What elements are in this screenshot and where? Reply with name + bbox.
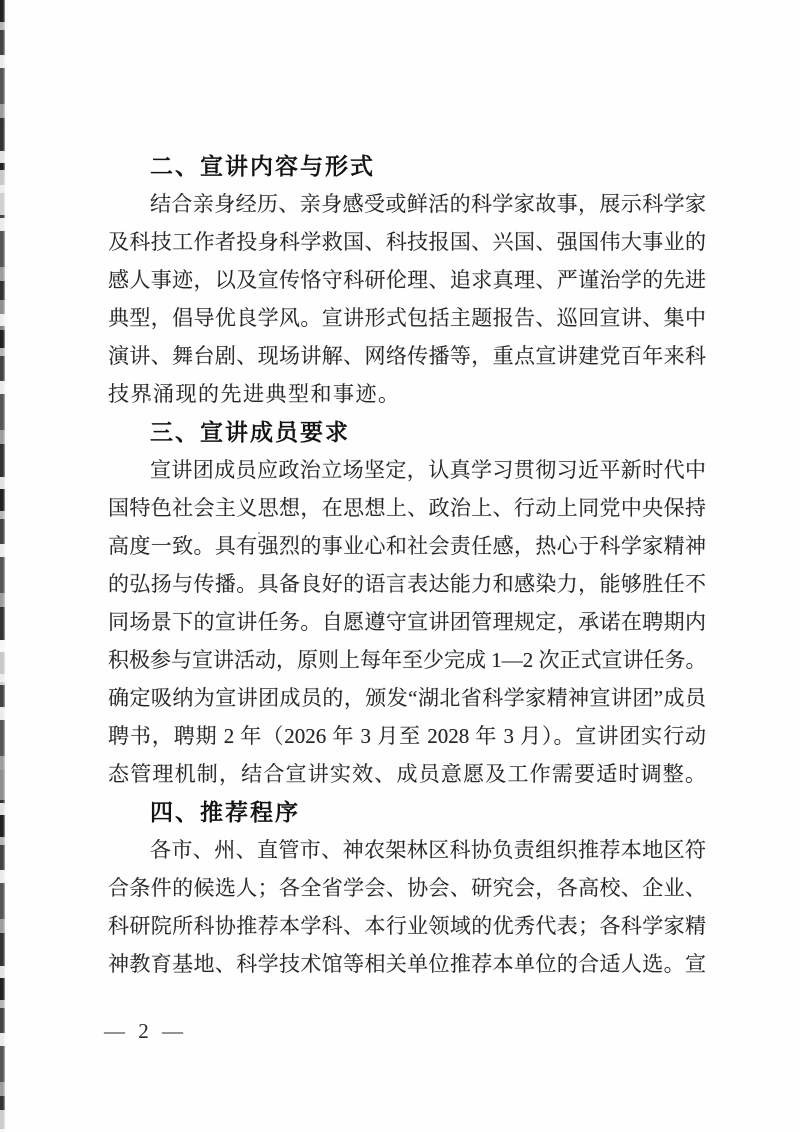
scanned-document-page: 二、宣讲内容与形式 结合亲身经历、亲身感受或鲜活的科学家故事，展示科学家 及科技… xyxy=(0,0,800,1132)
paragraph-line: 科研院所科协推荐本学科、本行业领域的优秀代表；各科学家精 xyxy=(108,907,706,945)
document-body: 二、宣讲内容与形式 结合亲身经历、亲身感受或鲜活的科学家故事，展示科学家 及科技… xyxy=(108,147,706,983)
paragraph-line: 技界涌现的先进典型和事迹。 xyxy=(108,375,706,413)
paragraph-line: 的弘扬与传播。具备良好的语言表达能力和感染力，能够胜任不 xyxy=(108,565,706,603)
paragraph-line: 神教育基地、科学技术馆等相关单位推荐本单位的合适人选。宣 xyxy=(108,945,706,983)
paragraph-line: 合条件的候选人；各全省学会、协会、研究会，各高校、企业、 xyxy=(108,869,706,907)
page-number: — 2 — xyxy=(104,1019,187,1044)
section-heading-3: 三、宣讲成员要求 xyxy=(108,413,706,451)
paragraph-line: 典型，倡导优良学风。宣讲形式包括主题报告、巡回宣讲、集中 xyxy=(108,299,706,337)
paragraph-line: 结合亲身经历、亲身感受或鲜活的科学家故事，展示科学家 xyxy=(108,185,706,223)
section-heading-2: 二、宣讲内容与形式 xyxy=(108,147,706,185)
paragraph-line: 高度一致。具有强烈的事业心和社会责任感，热心于科学家精神 xyxy=(108,527,706,565)
paragraph-line: 感人事迹，以及宣传恪守科研伦理、追求真理、严谨治学的先进 xyxy=(108,261,706,299)
scan-edge-artifact xyxy=(0,0,5,1132)
paragraph-line: 演讲、舞台剧、现场讲解、网络传播等，重点宣讲建党百年来科 xyxy=(108,337,706,375)
paragraph-line: 同场景下的宣讲任务。自愿遵守宣讲团管理规定，承诺在聘期内 xyxy=(108,603,706,641)
paragraph-line: 聘书，聘期 2 年（2026 年 3 月至 2028 年 3 月）。宣讲团实行动 xyxy=(108,717,706,755)
paragraph-line: 各市、州、直管市、神农架林区科协负责组织推荐本地区符 xyxy=(108,831,706,869)
paragraph-line: 确定吸纳为宣讲团成员的，颁发“湖北省科学家精神宣讲团”成员 xyxy=(108,679,706,717)
paragraph-line: 国特色社会主义思想，在思想上、政治上、行动上同党中央保持 xyxy=(108,489,706,527)
section-heading-4: 四、推荐程序 xyxy=(108,793,706,831)
paragraph-line: 积极参与宣讲活动，原则上每年至少完成 1—2 次正式宣讲任务。 xyxy=(108,641,706,679)
paragraph-line: 态管理机制，结合宣讲实效、成员意愿及工作需要适时调整。 xyxy=(108,755,706,793)
paragraph-line: 宣讲团成员应政治立场坚定，认真学习贯彻习近平新时代中 xyxy=(108,451,706,489)
paragraph-line: 及科技工作者投身科学救国、科技报国、兴国、强国伟大事业的 xyxy=(108,223,706,261)
